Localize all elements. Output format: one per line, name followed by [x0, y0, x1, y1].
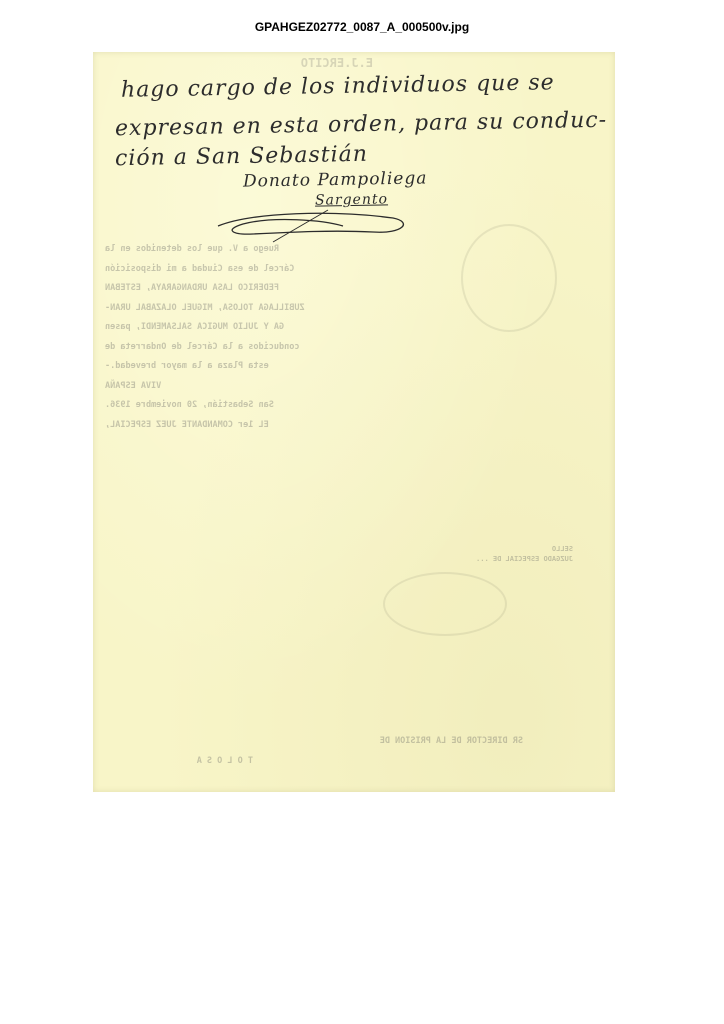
- document-page: E.J.ERCITO hago cargo de los individuos …: [93, 52, 615, 792]
- bleed-through-foot-mark: T O L O S A: [193, 752, 253, 772]
- bleed-through-top-mark: E.J.ERCITO: [243, 54, 373, 74]
- file-title: GPAHGEZ02772_0087_A_000500v.jpg: [0, 20, 724, 34]
- handwritten-line-2: expresan en esta orden, para su conduc-: [115, 108, 607, 142]
- signature-name: Donato Pampoliega: [243, 168, 428, 191]
- bleed-through-typed-text: Ruego a V. que los detenidos en la Cárce…: [105, 240, 365, 435]
- bleed-through-stamp-text: SELLO JUZGADO ESPECIAL DE ...: [393, 544, 573, 564]
- signature-flourish-icon: [213, 204, 413, 244]
- handwritten-line-1: hago cargo de los individuos que se: [121, 70, 555, 103]
- bleed-through-addressee: SR DIRECTOR DE LA PRISION DE: [323, 732, 523, 752]
- faded-seal-stamp: [461, 224, 557, 332]
- faded-oval-stamp: [383, 572, 507, 636]
- handwritten-line-3: ción a San Sebastián: [115, 142, 368, 171]
